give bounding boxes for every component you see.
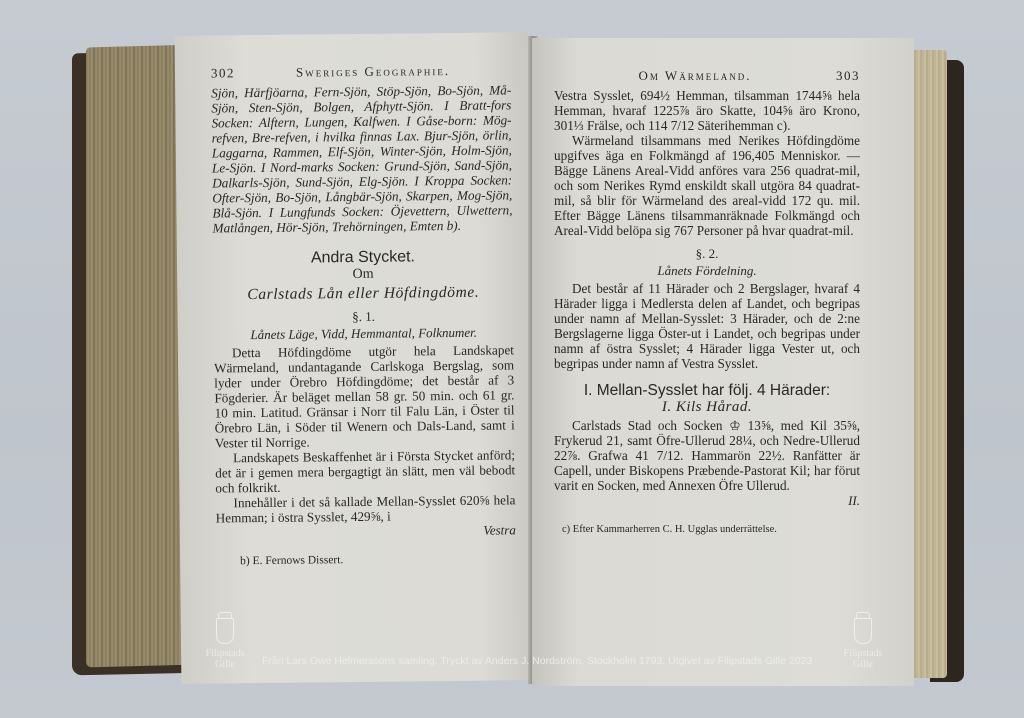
division-paragraph: Det består af 11 Härader och 2 Bergslage… (554, 281, 860, 371)
running-title: Sweriges Geographie. (296, 63, 450, 81)
crest-icon (854, 618, 872, 644)
right-running-head: Om Wärmeland. 303 (554, 68, 860, 84)
footnote: c) Efter Kammarherren C. H. Ugglas under… (554, 522, 860, 537)
paragraph: Wärmeland tilsammans med Nerikes Höfding… (554, 133, 860, 238)
district-heading: I. Mellan-Sysslet har följ. 4 Härader: (554, 383, 860, 398)
credit-line: Från Lars Owe Helmerssons samling. Tryck… (262, 655, 842, 667)
paragraph: Landskapets Beskaffenhet är i Första Sty… (215, 447, 515, 495)
catchword: II. (554, 493, 860, 508)
page-number: 302 (211, 65, 235, 81)
om-label: Om (213, 265, 513, 283)
paragraph: Innehåller i det så kallade Mellan-Syssl… (215, 492, 515, 525)
paragraph: Detta Höfdingdöme utgör hela Landskapet … (214, 342, 515, 450)
watermark-label: Filipstads Gille (838, 648, 888, 670)
continued-text: Sjön, Härfjöarna, Fern-Sjön, Stöp-Sjön, … (211, 82, 513, 235)
page-number: 303 (836, 68, 860, 84)
catchword: Vestra (216, 522, 516, 540)
watermark-left: Filipstads Gille (200, 618, 250, 670)
harad-paragraph: Carlstads Stad och Socken ♔ 13⅝, med Kil… (554, 418, 860, 493)
watermark-label: Filipstads Gille (200, 648, 250, 670)
running-title: Om Wärmeland. (639, 68, 752, 84)
section-number: §. 2. (554, 246, 860, 261)
chapter-title: Carlstads Lån eller Höfdingdöme. (213, 284, 513, 302)
left-running-head: 302 Sweriges Geographie. (211, 62, 511, 81)
section-subtitle: Lånets Läge, Vidd, Hemmantal, Folknumer. (214, 324, 514, 342)
section-subtitle: Lånets Fördelning. (554, 263, 860, 278)
section-number: §. 1. (213, 307, 513, 325)
paragraph: Vestra Sysslet, 694½ Hemman, tilsamman 1… (554, 88, 860, 133)
footnote: b) E. Fernows Dissert. (216, 551, 516, 569)
crest-icon (216, 618, 234, 644)
harad-heading: I. Kils Hårad. (554, 400, 860, 415)
watermark-right: Filipstads Gille (838, 618, 888, 670)
left-page: 302 Sweriges Geographie. Sjön, Härfjöarn… (175, 32, 536, 684)
part-heading: Andra Stycket. (213, 248, 513, 266)
right-page: Om Wärmeland. 303 Vestra Sysslet, 694½ H… (532, 38, 914, 686)
